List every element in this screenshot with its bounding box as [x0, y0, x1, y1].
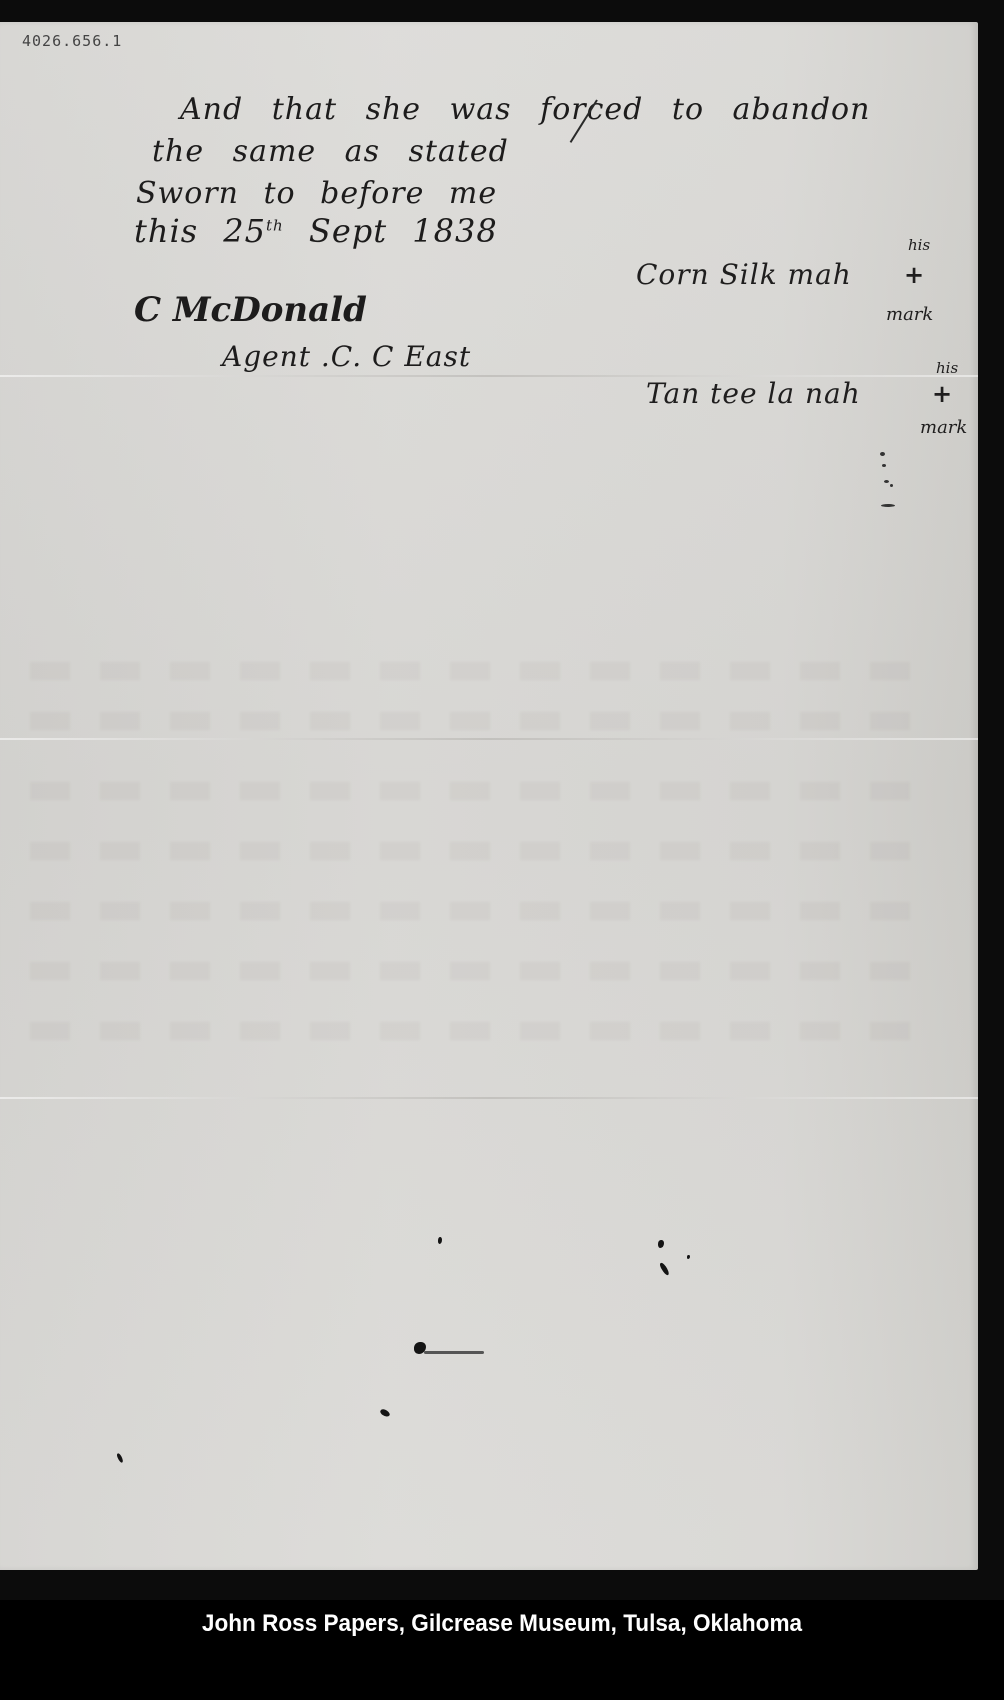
archive-caption: John Ross Papers, Gilcrease Museum, Tuls… [30, 1610, 974, 1638]
mark-name: Corn Silk mah [636, 258, 852, 291]
manuscript-page [0, 22, 978, 1570]
mark-his: his [936, 359, 958, 377]
handwritten-line: Sworn to before me [136, 176, 497, 211]
ink-smear [424, 1351, 484, 1354]
bleed-through-text [30, 902, 930, 920]
bleed-through-text [30, 662, 930, 680]
handwritten-date-line: this 25th Sept 1838 [134, 212, 498, 250]
handwritten-line: the same as stated [152, 134, 509, 169]
handwritten-line: And that she was forced to abandon [180, 92, 870, 127]
witness-mark: Corn Silk mah his + mark [636, 258, 852, 291]
signature-title: Agent .C. C East [222, 340, 471, 373]
date-prefix: this 25 [134, 212, 266, 250]
cross-mark-icon: + [932, 379, 952, 408]
bleed-through-text [30, 712, 930, 730]
mark-word: mark [886, 304, 933, 325]
date-superscript: th [266, 216, 284, 234]
bleed-through-text [30, 782, 930, 800]
bleed-through-text [30, 1022, 930, 1040]
catalog-number: 4026.656.1 [22, 32, 122, 50]
fold-line [0, 1097, 978, 1099]
witness-mark: Tan tee la nah his + mark [646, 377, 861, 410]
mark-name: Tan tee la nah [646, 377, 861, 410]
bleed-through-text [30, 842, 930, 860]
ink-marks [876, 450, 916, 520]
fold-line [0, 738, 978, 740]
signature: C McDonald [134, 290, 367, 330]
bleed-through-text [30, 962, 930, 980]
mark-his: his [908, 236, 930, 254]
date-rest: Sept 1838 [309, 212, 498, 250]
cross-mark-icon: + [904, 260, 924, 289]
mark-word: mark [920, 417, 967, 438]
